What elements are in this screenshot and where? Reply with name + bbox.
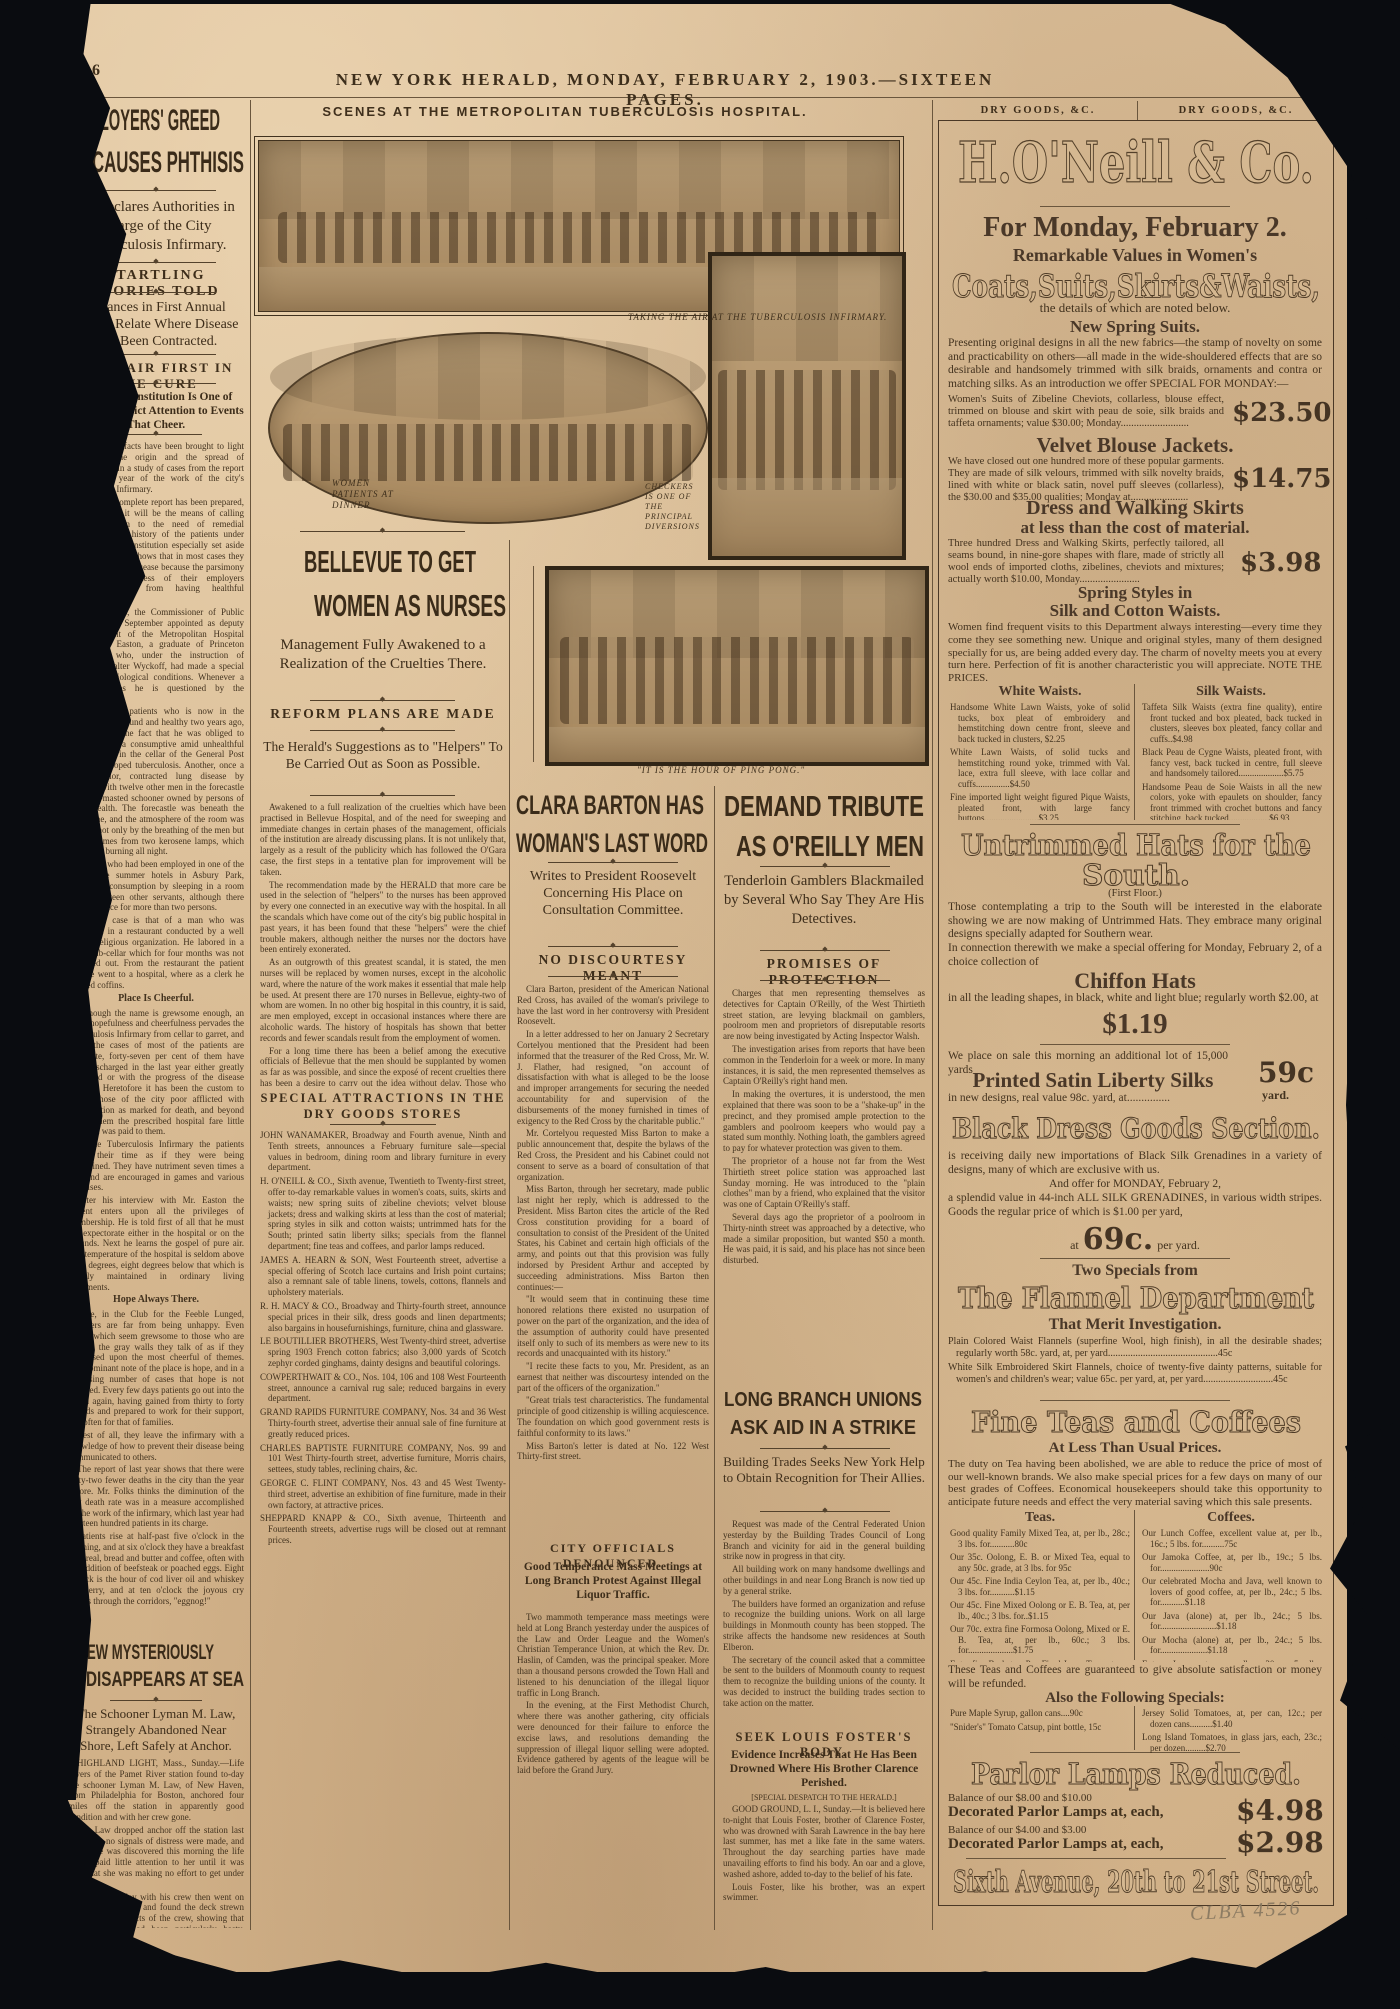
oneill-logo: H.O'Neill & Co. — [948, 128, 1324, 200]
bellevue-body: Awakened to a full realization of the cr… — [260, 802, 506, 1086]
svg-text:DISAPPEARS AT SEA: DISAPPEARS AT SEA — [86, 1668, 244, 1691]
ad-lamp-item-1: Balance of our $8.00 and $10.00 Decorate… — [948, 1792, 1198, 1821]
ad-lamps-title: Parlor Lamps Reduced. — [948, 1756, 1324, 1792]
photo-caption-pingpong: "IT IS THE HOUR OF PING PONG." — [637, 765, 887, 776]
stores-listings: JOHN WANAMAKER, Broadway and Fourth aven… — [260, 1130, 506, 1928]
clara-deck: Writes to President Roosevelt Concerning… — [517, 868, 709, 919]
ad-skirts-price: $3.98 — [1240, 548, 1321, 578]
foster-body: GOOD GROUND, L. I., Sunday.—It is believ… — [723, 1804, 925, 1928]
ad-hats-floor: (First Floor.) — [948, 888, 1322, 899]
ad-coffees-items: Our Lunch Coffee, excellent value at, pe… — [1142, 1528, 1322, 1662]
photo-caption-checkers: CHECKERS IS ONE OF THE PRINCIPAL DIVERSI… — [645, 482, 703, 532]
ad-velvet-item: We have closed out one hundred more of t… — [948, 456, 1224, 504]
svg-text:Sixth Avenue, 20th to 21st Str: Sixth Avenue, 20th to 21st Street. — [953, 1865, 1319, 1900]
svg-text:CREW MYSTERIOUSLY: CREW MYSTERIOUSLY — [68, 1641, 214, 1664]
ad-spring-para: Women find frequent visits to this Depar… — [948, 621, 1322, 685]
ad-silks-sub: in new designs, real value 98c. yard, at… — [948, 1092, 1228, 1106]
ad-specials-right: Jersey Solid Tomatoes, at, per can, 12c.… — [1142, 1708, 1322, 1756]
oreilly-cross: PROMISES OF PROTECTION — [723, 956, 925, 988]
column-rule — [714, 786, 715, 1930]
ad-skirts-item: Three hundred Dress and Walking Skirts, … — [948, 538, 1224, 586]
photo-caption-air: TAKING THE AIR AT THE TUBERCULOSIS INFIR… — [628, 312, 888, 323]
ad-chiffon-para: in all the leading shapes, in black, whi… — [948, 992, 1322, 1006]
svg-text:CLARA BARTON HAS: CLARA BARTON HAS — [516, 790, 704, 820]
svg-text:BELLEVUE TO GET: BELLEVUE TO GET — [304, 544, 476, 579]
ad-teas-items: Good quality Family Mixed Tea, at, per l… — [950, 1528, 1130, 1662]
dry-goods-label-right: DRY GOODS, &C. — [1140, 105, 1332, 116]
column-rule — [533, 566, 534, 762]
ad-details: the details of which are noted below. — [948, 300, 1322, 316]
svg-text:DEMAND TRIBUTE: DEMAND TRIBUTE — [724, 791, 924, 823]
ad-velvet-price: $14.75 — [1232, 464, 1332, 494]
svg-text:South.: South. — [1082, 858, 1190, 892]
column-rule — [932, 100, 933, 1930]
ad-black-para3: a splendid value in 44-inch ALL SILK GRE… — [948, 1192, 1322, 1219]
ad-guarantee: These Teas and Coffees are guaranteed to… — [948, 1664, 1322, 1691]
ad-black-price-line: at 69c. per yard. — [948, 1222, 1322, 1257]
oreilly-headline: DEMAND TRIBUTE AS O'REILLY MEN — [720, 786, 928, 862]
dry-goods-label-left: DRY GOODS, &C. — [940, 105, 1136, 116]
ad-hats-para1: Those contemplating a trip to the South … — [948, 901, 1322, 942]
oreilly-deck: Tenderloin Gamblers Blackmailed by Sever… — [723, 872, 925, 929]
svg-text:H.O'Neill & Co.: H.O'Neill & Co. — [958, 130, 1314, 196]
photo-checkers-players — [708, 252, 906, 560]
ad-black-at: at — [1070, 1238, 1079, 1252]
ad-silks-price-unit: yard. — [1262, 1088, 1289, 1103]
oreilly-body: Charges that men representing themselves… — [723, 988, 925, 1378]
ad-lamp-item-2: Balance of our $4.00 and $3.00 Decorated… — [948, 1824, 1198, 1853]
ad-suits-para: Presenting original designs in all the n… — [948, 337, 1322, 391]
ad-silks-para: We place on sale this morning an additio… — [948, 1050, 1228, 1077]
svg-text:AS O'REILLY MEN: AS O'REILLY MEN — [736, 831, 924, 862]
svg-text:WOMAN'S LAST WORD: WOMAN'S LAST WORD — [516, 828, 708, 858]
ad-hats-title1: Untrimmed Hats for the — [948, 828, 1324, 862]
longbranch-headline: LONG BRANCH UNIONS ASK AID IN A STRIKE — [720, 1384, 928, 1442]
crew-headline: CREW MYSTERIOUSLY DISAPPEARS AT SEA — [66, 1638, 246, 1694]
ad-flannel-items: Plain Colored Waist Flannels (superfine … — [948, 1336, 1322, 1388]
svg-text:The Flannel Department: The Flannel Department — [958, 1281, 1315, 1315]
ad-address: Sixth Avenue, 20th to 21st Street. — [948, 1860, 1324, 1902]
bellevue-deck1: Management Fully Awakened to a Realizati… — [262, 636, 504, 674]
foster-tagline: [SPECIAL DESPATCH TO THE HERALD.] — [723, 1793, 925, 1802]
photo-section-title: SCENES AT THE METROPOLITAN TUBERCULOSIS … — [255, 104, 875, 119]
phthisis-subhead2: Hope Always There. — [68, 1295, 244, 1306]
phthisis-subhead1: Place Is Cheerful. — [68, 994, 244, 1005]
photo-ping-pong — [545, 566, 929, 766]
stores-crosshead: SPECIAL ATTRACTIONS IN THE DRY GOODS STO… — [260, 1090, 506, 1122]
ad-suits-price: $23.50 — [1232, 398, 1332, 428]
clara-headline: CLARA BARTON HAS WOMAN'S LAST WORD — [514, 786, 710, 858]
longbranch-body: Request was made of the Central Federate… — [723, 1519, 925, 1722]
bellevue-deck2: The Herald's Suggestions as to "Helpers"… — [262, 738, 504, 772]
ad-black-para2: And offer for MONDAY, February 2, — [948, 1178, 1322, 1190]
ad-black-para1: is receiving daily new importations of B… — [948, 1150, 1322, 1177]
ad-specials-left: Pure Maple Syrup, gallon cans....90c"Sni… — [950, 1708, 1130, 1735]
foster-deck: Evidence Increases That He Has Been Drow… — [723, 1748, 925, 1790]
ad-white-waists-items: Handsome White Lawn Waists, yoke of soli… — [950, 702, 1130, 820]
ad-lamp-price-2: $2.98 — [1236, 1826, 1324, 1859]
bellevue-cross1: REFORM PLANS ARE MADE — [262, 706, 504, 722]
ad-flannel-title: The Flannel Department — [948, 1280, 1324, 1316]
column-rule — [509, 540, 510, 1930]
svg-text:Black Dress Goods Section.: Black Dress Goods Section. — [952, 1112, 1320, 1145]
photo-caption-dinner: WOMEN PATIENTS AT DINNER — [332, 478, 404, 511]
temperance-body: Two mammoth temperance mass meetings wer… — [517, 1612, 709, 1928]
ad-silks-price: 59c — [1258, 1056, 1314, 1089]
svg-text:LONG BRANCH UNIONS: LONG BRANCH UNIONS — [724, 1389, 922, 1411]
ad-black-price: 69c. — [1083, 1222, 1153, 1257]
ad-lamp-price-1: $4.98 — [1236, 1794, 1324, 1827]
ad-hats-title2: South. — [948, 858, 1324, 892]
ad-silk-waists-items: Taffeta Silk Waists (extra fine quality)… — [1142, 702, 1322, 820]
ad-hats-para2: In connection therewith we make a specia… — [948, 942, 1322, 969]
clara-cross: NO DISCOURTESY MEANT — [517, 952, 709, 984]
ad-teas-para: The duty on Tea having been abolished, w… — [948, 1458, 1322, 1508]
newspaper-scan: 6 NEW YORK HERALD, MONDAY, FEBRUARY 2, 1… — [0, 0, 1400, 2009]
svg-text:WOMEN AS NURSES: WOMEN AS NURSES — [314, 588, 506, 623]
temperance-deck: Good Temperance Mass Meetings at Long Br… — [517, 1560, 709, 1602]
ad-suits-item: Women's Suits of Zibeline Cheviots, coll… — [948, 394, 1224, 430]
longbranch-deck: Building Trades Seeks New York Help to O… — [723, 1454, 925, 1486]
column-rule — [250, 100, 251, 1930]
clara-body: Clara Barton, president of the American … — [517, 984, 709, 1534]
svg-text:Fine Teas and Coffees: Fine Teas and Coffees — [971, 1405, 1301, 1439]
svg-text:CAUSES PHTHISIS: CAUSES PHTHISIS — [92, 146, 244, 179]
ad-black-unit: per yard. — [1157, 1238, 1200, 1252]
svg-text:Untrimmed Hats for the: Untrimmed Hats for the — [961, 828, 1311, 862]
svg-text:ASK AID IN A STRIKE: ASK AID IN A STRIKE — [730, 1417, 916, 1439]
crew-deck: The Schooner Lyman M. Law, Strangely Aba… — [68, 1706, 244, 1754]
bellevue-headline: BELLEVUE TO GET WOMEN AS NURSES — [258, 540, 508, 624]
ad-black-title: Black Dress Goods Section. — [948, 1110, 1324, 1146]
svg-text:Parlor Lamps Reduced.: Parlor Lamps Reduced. — [971, 1757, 1301, 1791]
ad-teas-title: Fine Teas and Coffees — [948, 1404, 1324, 1440]
